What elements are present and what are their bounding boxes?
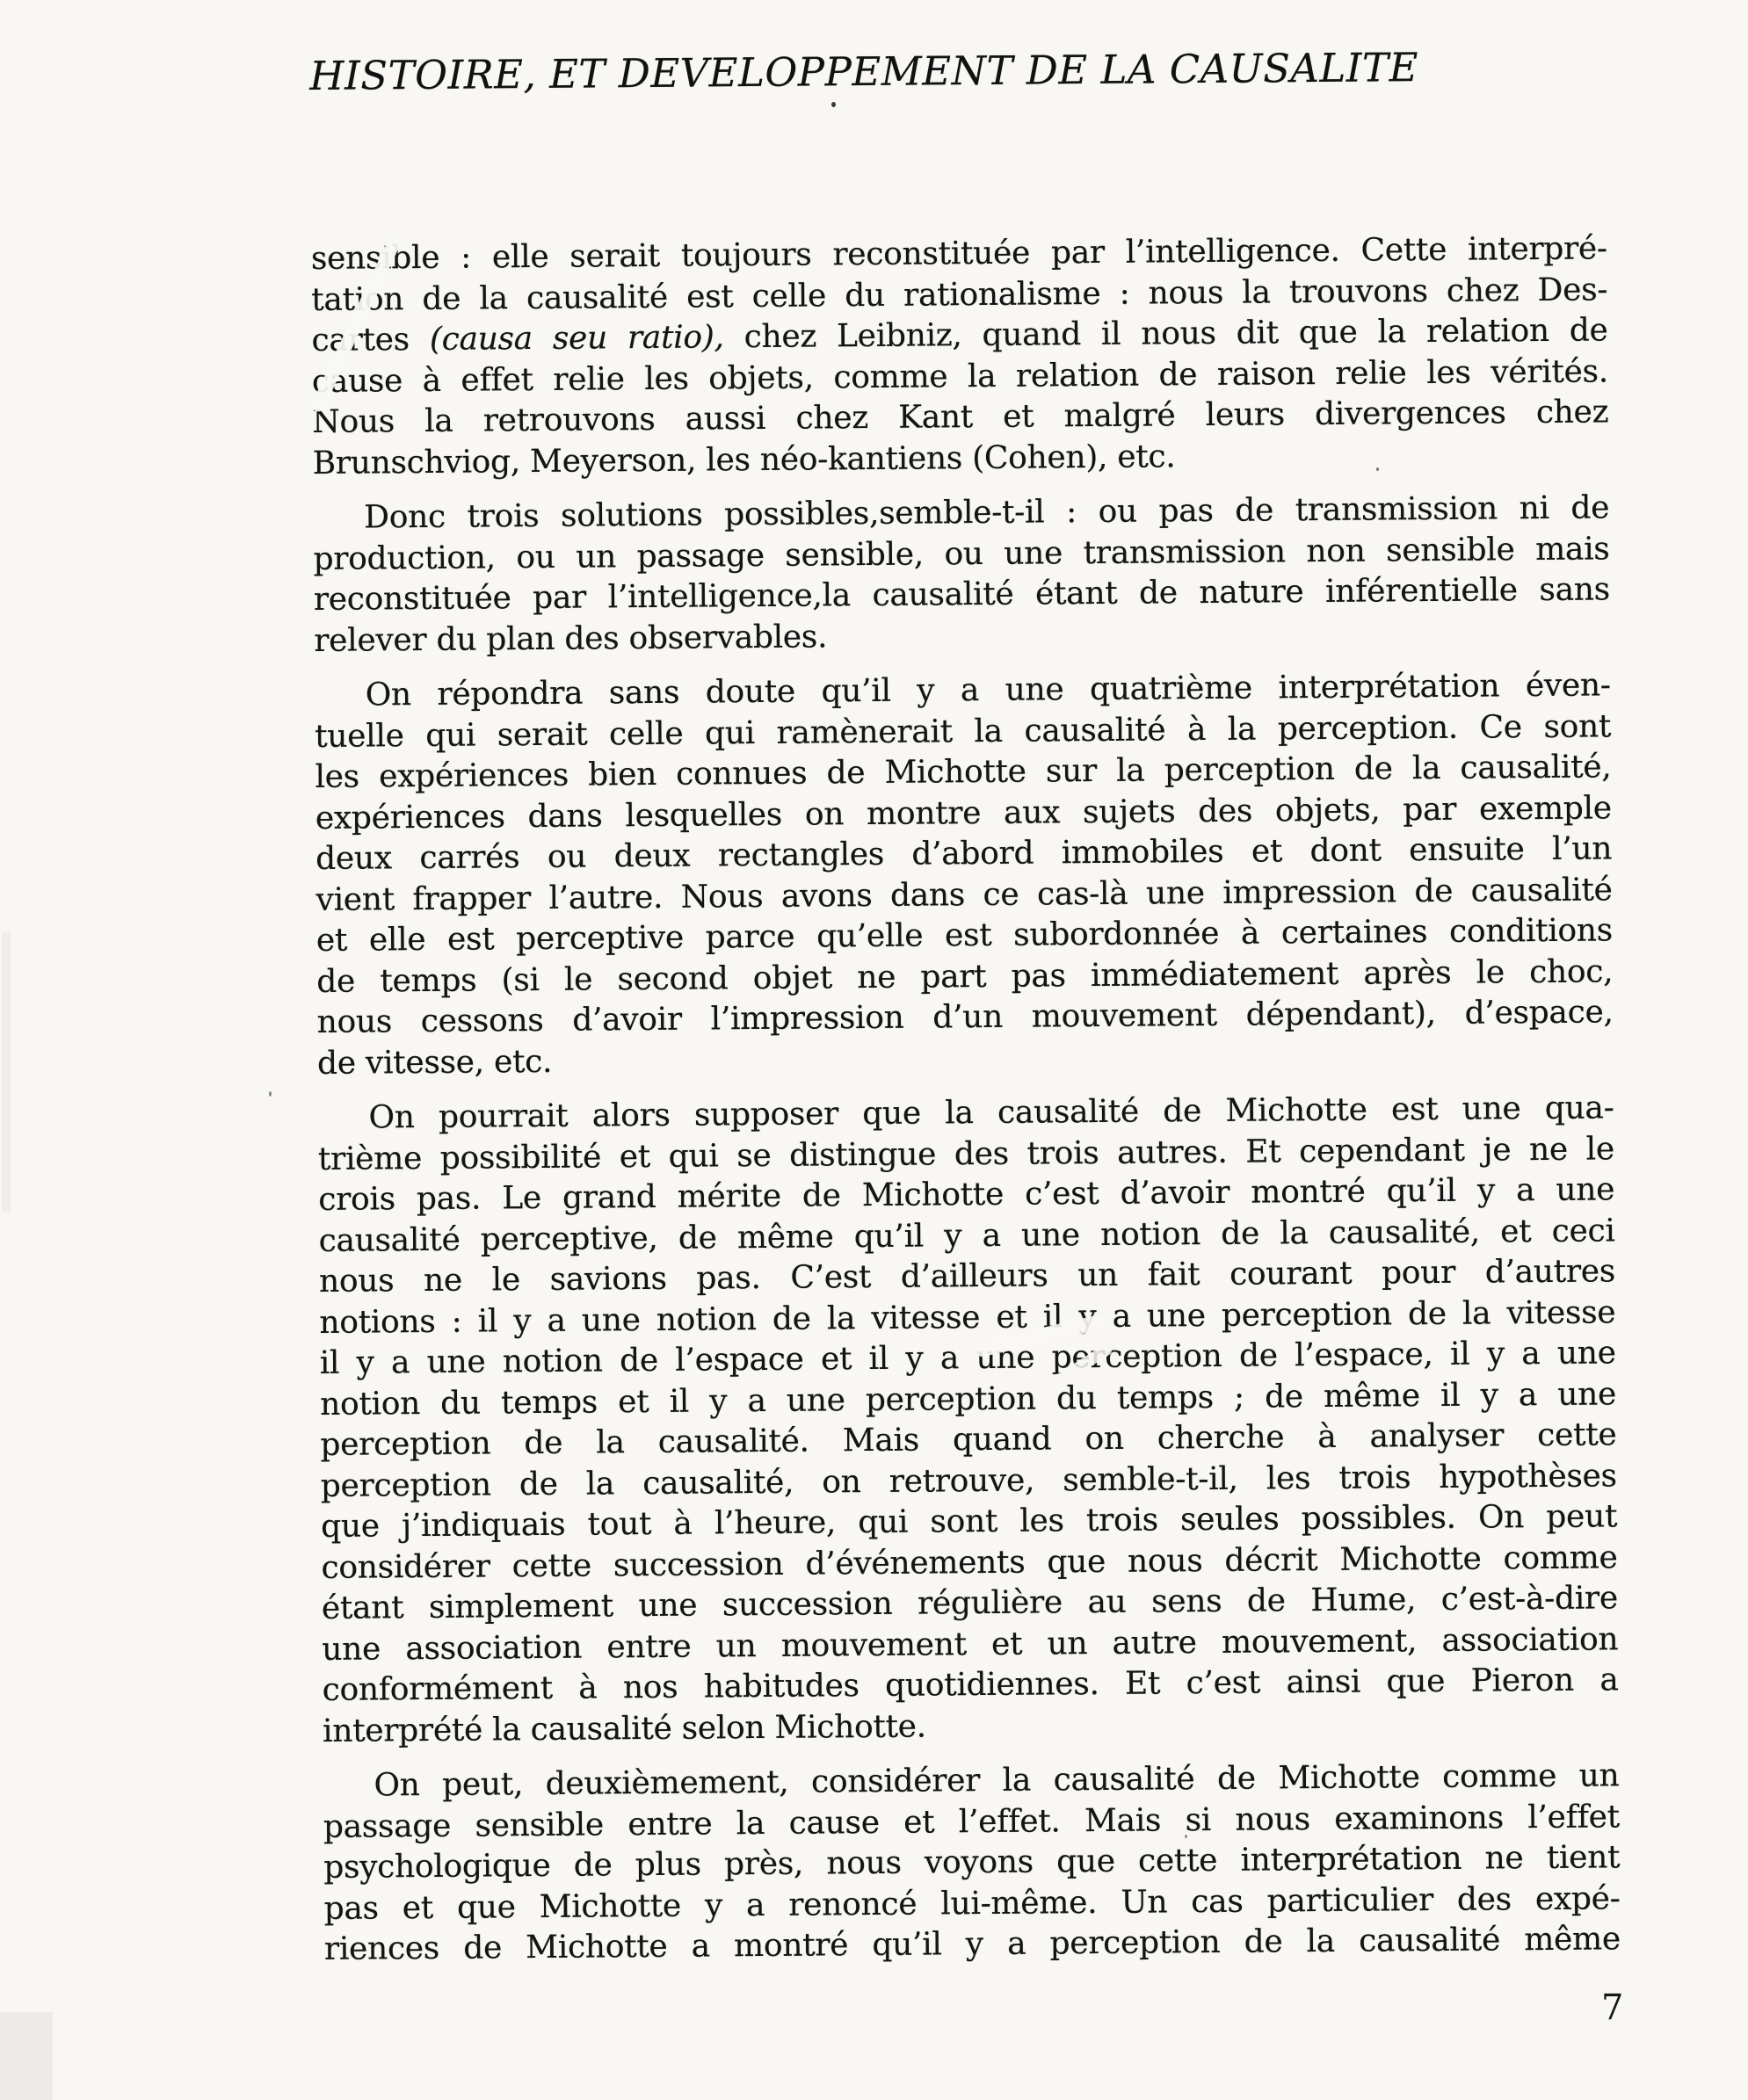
scan-smudge <box>2 931 11 1213</box>
text-segment: chez Leibniz, quand il nous dit que la r… <box>723 312 1607 355</box>
scan-speck <box>831 102 836 107</box>
scan-speck <box>1376 467 1379 471</box>
paragraph: On pourrait alors supposer que la causal… <box>317 1088 1619 1752</box>
text-segment: cartes <box>311 322 430 358</box>
italic-text-segment: (causa seu ratio), <box>430 319 724 358</box>
body-text: sensible : elle serait toujours reconsti… <box>311 228 1621 1970</box>
page-title: HISTOIRE, ET DEVELOPPEMENT DE LA CAUSALI… <box>309 40 1606 102</box>
page-content: HISTOIRE, ET DEVELOPPEMENT DE LA CAUSALI… <box>309 40 1621 1970</box>
scanned-page: { "page": { "header_title": "HISTOIRE, E… <box>0 0 1748 2100</box>
paragraph: sensible : elle serait toujours reconsti… <box>311 228 1609 484</box>
paragraph: On peut, deuxièmement, considérer la cau… <box>323 1756 1621 1970</box>
page-number: 7 <box>1601 1988 1623 2028</box>
scan-speck <box>1185 1835 1187 1838</box>
paragraph: Donc trois solutions possibles,semble-t-… <box>313 488 1610 662</box>
scan-smudge <box>0 2012 53 2100</box>
scan-speck <box>269 1091 272 1097</box>
paragraph: On répondra sans doute qu’il y a une qua… <box>315 665 1614 1084</box>
